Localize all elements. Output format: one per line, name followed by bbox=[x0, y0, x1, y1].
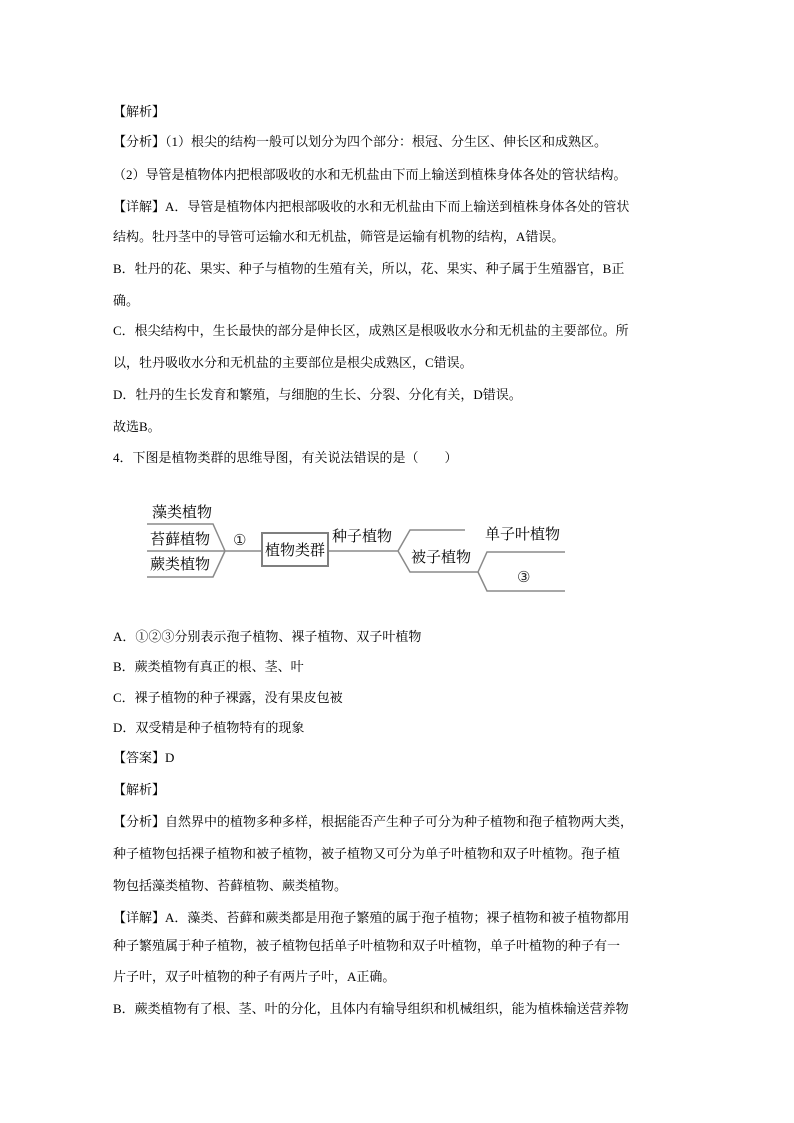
analysis-point-2-line: （2）导管是植物体内把根部吸收的水和无机盐由下而上输送到植株身体各处的管状结构。 bbox=[113, 166, 627, 183]
q4-analysis-line-3: 物包括藻类植物、苔藓植物、蕨类植物。 bbox=[113, 877, 347, 894]
circle-3-marker: ③ bbox=[517, 570, 530, 586]
detail-option-c-line-2: 以，牡丹吸收水分和无机盐的主要部位是根尖成熟区，C错误。 bbox=[113, 354, 473, 371]
detail-option-a-line-1: 【详解】A．导管是植物体内把根部吸收的水和无机盐由下而上输送到植株身体各处的管状 bbox=[113, 198, 629, 215]
detail-option-c-line-1: C．根尖结构中，生长最快的部分是伸长区，成熟区是根吸收水分和无机盐的主要部位。所 bbox=[113, 322, 629, 339]
q4-detail-b-line: B．蕨类植物有了根、茎、叶的分化，且体内有输导组织和机械组织，能为植株输送营养物 bbox=[113, 1000, 629, 1017]
detail-option-a-line-2: 结构。牡丹茎中的导管可运输水和无机盐，筛管是运输有机物的结构，A错误。 bbox=[113, 228, 564, 245]
q4-option-c-line: C．裸子植物的种子裸露，没有果皮包被 bbox=[113, 689, 343, 706]
q4-answer-line: 【答案】D bbox=[113, 749, 174, 766]
analysis-point-1-line: 【分析】（1）根尖的结构一般可以划分为四个部分：根冠、分生区、伸长区和成熟区。 bbox=[113, 133, 607, 150]
q4-detail-a-line-3: 片子叶，双子叶植物的种子有两片子叶，A正确。 bbox=[113, 968, 395, 985]
plant-groups-root-box: 植物类群 bbox=[261, 532, 329, 567]
question-4-stem-line: 4．下图是植物类群的思维导图，有关说法错误的是（ ） bbox=[113, 449, 458, 466]
monocot-label: 单子叶植物 bbox=[485, 527, 560, 543]
q4-option-a-line: A．①②③分别表示孢子植物、裸子植物、双子叶植物 bbox=[113, 628, 421, 645]
moss-plants-label: 苔藓植物 bbox=[150, 532, 210, 548]
q4-analysis-header-line: 【解析】 bbox=[113, 781, 165, 798]
answer-conclusion-line: 故选B。 bbox=[113, 418, 161, 435]
q4-detail-a-line-2: 种子繁殖属于种子植物，被子植物包括单子叶植物和双子叶植物，单子叶植物的种子有一 bbox=[113, 937, 620, 954]
q4-analysis-line-2: 种子植物包括裸子植物和被子植物，被子植物又可分为单子叶植物和双子叶植物。孢子植 bbox=[113, 845, 620, 862]
detail-option-b-line-2: 确。 bbox=[113, 292, 139, 309]
circle-1-marker: ① bbox=[233, 533, 246, 549]
q4-detail-a-line-1: 【详解】A．藻类、苔藓和蕨类都是用孢子繁殖的属于孢子植物；裸子植物和被子植物都用 bbox=[113, 909, 629, 926]
fern-plants-label: 蕨类植物 bbox=[150, 557, 210, 573]
q4-option-b-line: B．蕨类植物有真正的根、茎、叶 bbox=[113, 658, 304, 675]
document-page: 【解析】 【分析】（1）根尖的结构一般可以划分为四个部分：根冠、分生区、伸长区和… bbox=[0, 0, 794, 1123]
detail-option-d-line: D．牡丹的生长发育和繁殖，与细胞的生长、分裂、分化有关，D错误。 bbox=[113, 386, 522, 403]
q4-analysis-line-1: 【分析】自然界中的植物多种多样，根据能否产生种子可分为种子植物和孢子植物两大类， bbox=[113, 813, 633, 830]
analysis-header-line: 【解析】 bbox=[113, 103, 165, 120]
detail-option-b-line-1: B．牡丹的花、果实、种子与植物的生殖有关，所以，花、果实、种子属于生殖器官，B正 bbox=[113, 260, 624, 277]
q4-option-d-line: D．双受精是种子植物特有的现象 bbox=[113, 719, 304, 736]
seed-plants-label: 种子植物 bbox=[332, 529, 392, 545]
algae-plants-label: 藻类植物 bbox=[152, 505, 212, 521]
angiosperm-label: 被子植物 bbox=[411, 550, 471, 566]
plant-groups-mindmap: 藻类植物 苔藓植物 蕨类植物 ① 植物类群 种子植物 被子植物 单子叶植物 ③ bbox=[115, 493, 585, 605]
